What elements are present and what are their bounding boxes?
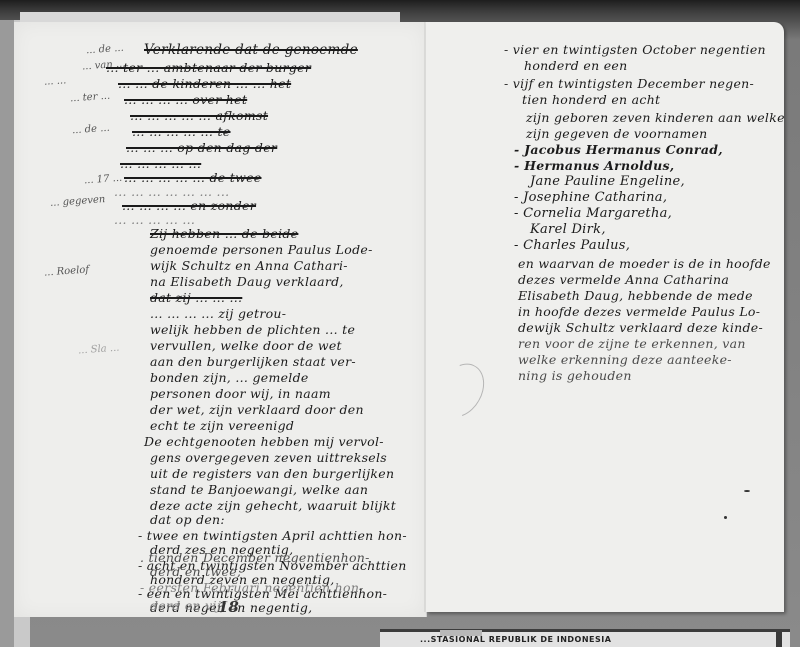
child-name: - Josephine Catharina,	[514, 190, 667, 205]
handwritten-line: zijn geboren zeven kinderen aan welke	[526, 110, 785, 125]
handwritten-line: ... ... de kinderen ... ... het	[118, 76, 291, 91]
handwritten-line: dat op den:	[150, 512, 225, 527]
ink-mark	[724, 516, 727, 519]
child-name: - Jacobus Hermanus Conrad,	[514, 142, 723, 157]
handwritten-line: - vijf en twintigsten December negen-	[504, 76, 754, 91]
handwritten-line: en waarvan de moeder is de in hoofde	[518, 256, 771, 271]
handwritten-line: . tienden December negentienhon-	[140, 550, 370, 565]
handwritten-line: ren voor de zijne te erkennen, van	[518, 336, 746, 351]
child-name: - Charles Paulus,	[514, 238, 630, 253]
child-name: Jane Pauline Engeline,	[530, 174, 685, 189]
handwritten-line: - eersten Februari negentien hon-	[140, 580, 364, 595]
margin-note: ... gegeven	[50, 194, 106, 209]
margin-note: ... Sla ...	[78, 343, 120, 357]
handwritten-line: ... ... ... ... en zonder	[122, 198, 256, 213]
archive-label-text: ...STASIONAL REPUBLIK DE INDONESIA	[420, 635, 611, 644]
handwritten-line: ... ... ... ... ...	[114, 212, 195, 227]
handwritten-line: echt te zijn vereenigd	[150, 418, 294, 433]
right-page: - vier en twintigsten October negentien …	[426, 22, 784, 612]
handwritten-line: tien honderd en acht	[522, 92, 660, 107]
handwritten-line: na Elisabeth Daug verklaard,	[150, 274, 344, 289]
handwritten-line: dewijk Schultz verklaard deze kinde-	[518, 320, 763, 335]
margin-note: ... ...	[44, 75, 67, 88]
handwritten-line: ... ... ... ... ... afkomst	[130, 108, 268, 123]
handwritten-line: Elisabeth Daug, hebbende de mede	[518, 288, 753, 303]
handwritten-line: - twee en twintigsten April achttien hon…	[138, 528, 407, 543]
handwritten-line: Verklarende dat de genoemde	[144, 42, 358, 58]
handwritten-line: genoemde personen Paulus Lode-	[150, 242, 373, 257]
handwritten-line: uit de registers van den burgerlijken	[150, 466, 394, 481]
handwritten-line: welijk hebben de plichten ... te	[150, 322, 355, 337]
handwritten-line: ... ... ... op den dag der	[126, 140, 277, 155]
handwritten-line: ... ... ... ... ... te	[132, 124, 231, 139]
ink-mark	[744, 490, 750, 492]
margin-note: ... Roelof	[44, 264, 90, 278]
handwritten-line: Zij hebben ... de beide	[150, 226, 298, 241]
handwritten-line: welke erkenning deze aanteeke-	[518, 352, 732, 367]
handwritten-line: stand te Banjoewangi, welke aan	[150, 482, 368, 497]
handwritten-line: ... ... ... ... ... de twee	[124, 170, 261, 185]
handwritten-line: gens overgegeven zeven uittreksels	[150, 450, 387, 465]
handwritten-line: in hoofde dezes vermelde Paulus Lo-	[518, 304, 760, 319]
handwritten-line: vervullen, welke door de wet	[150, 338, 342, 353]
margin-note: ... de ...	[86, 43, 124, 57]
handwritten-line: - vier en twintigsten October negentien	[504, 42, 766, 57]
handwritten-line: dezes vermelde Anna Catharina	[518, 272, 729, 287]
margin-note: ... ter ...	[70, 91, 111, 105]
left-page: ... de ... ... van ... ... ... ... ter .…	[14, 22, 427, 617]
archive-label: ...STASIONAL REPUBLIK DE INDONESIA	[380, 629, 790, 647]
handwritten-line: ... ... ... ... over het	[124, 92, 247, 107]
label-edge	[776, 632, 782, 647]
handwritten-line: ... ... ... ... ... ... ...	[114, 184, 229, 199]
handwritten-line: ning is gehouden	[518, 368, 632, 383]
handwritten-line: derd en twee,	[150, 564, 241, 579]
handwritten-line: ... ... ... ... ...	[120, 156, 201, 171]
binding-edge	[0, 20, 14, 647]
handwritten-line: bonden zijn, ... gemelde	[150, 370, 309, 385]
handwritten-line: derd en vijf	[150, 598, 226, 613]
handwritten-line: honderd en een	[524, 58, 627, 73]
handwritten-line: ... ... ... ... zij getrou-	[150, 306, 286, 321]
handwritten-line: personen door wij, in naam	[150, 386, 331, 401]
handwritten-line: wijk Schultz en Anna Cathari-	[150, 258, 348, 273]
folio-number: 18	[218, 598, 239, 616]
handwritten-line: zijn gegeven de voornamen	[526, 126, 708, 141]
margin-note: ... de ...	[72, 123, 110, 137]
handwritten-line: der wet, zijn verklaard door den	[150, 402, 364, 417]
handwritten-line: aan den burgerlijken staat ver-	[150, 354, 356, 369]
handwritten-line: De echtgenooten hebben mij vervol-	[144, 434, 384, 449]
child-name: - Cornelia Margaretha,	[514, 206, 672, 221]
handwritten-line: deze acte zijn gehecht, waaruit blijkt	[150, 498, 396, 513]
handwritten-line: dat zij ... ... ...	[150, 290, 242, 305]
child-name: Karel Dirk,	[530, 222, 606, 237]
handwritten-line: ... ter ... ambtenaar der burger	[106, 60, 311, 75]
child-name: - Hermanus Arnoldus,	[514, 158, 674, 173]
